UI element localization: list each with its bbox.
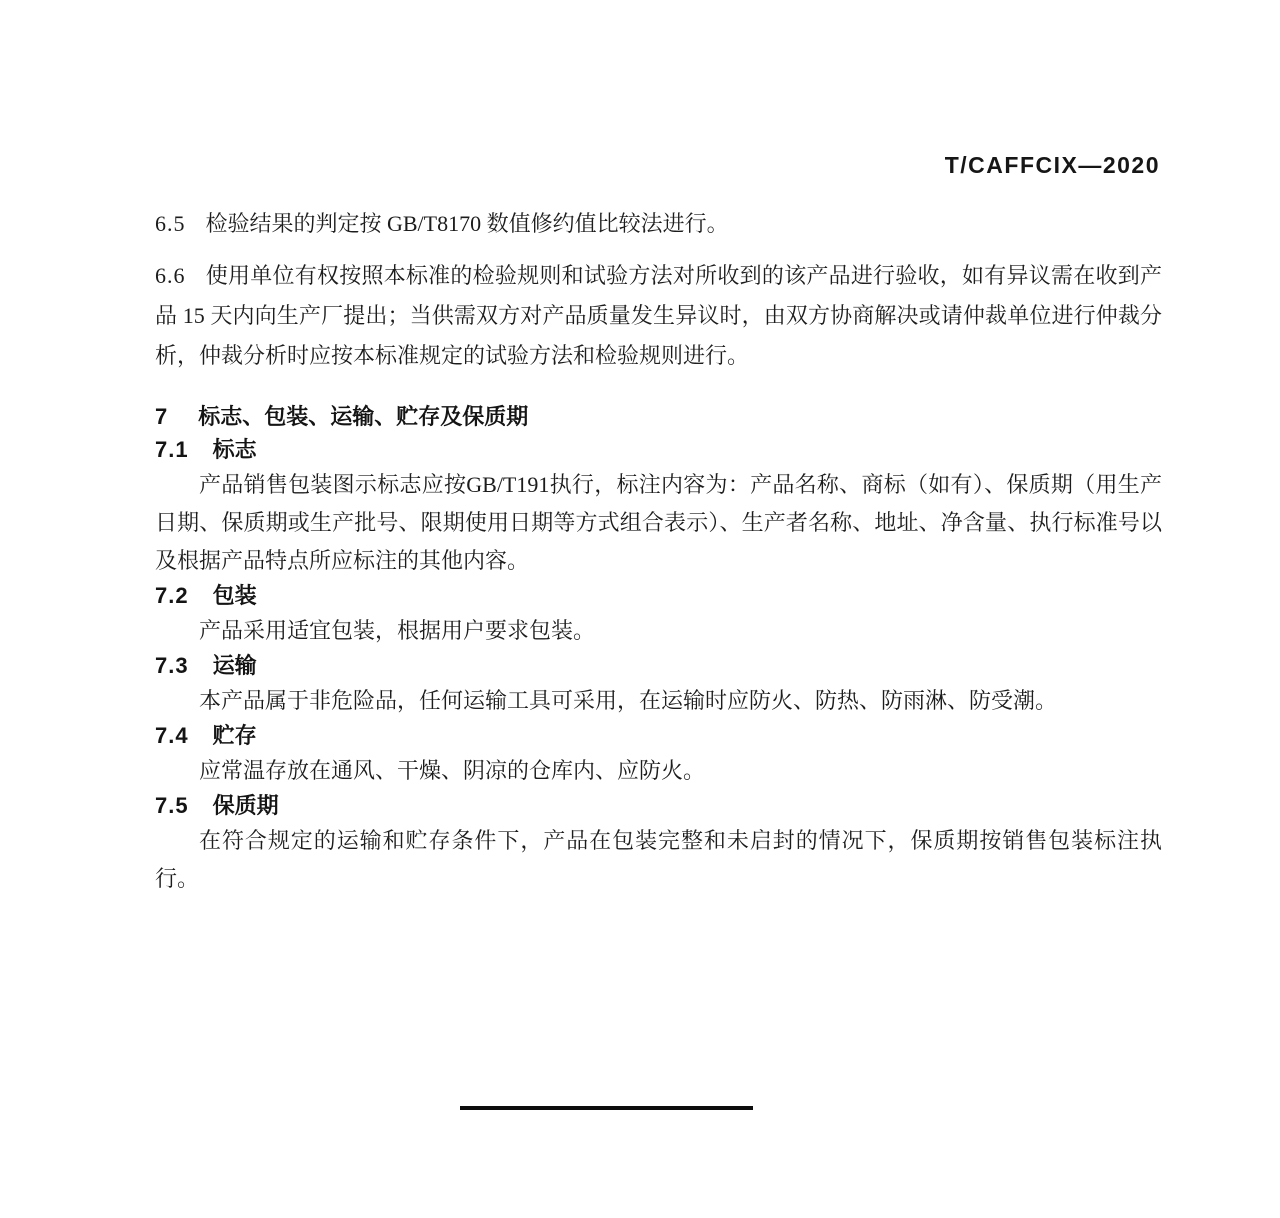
section-7-2-heading: 7.2包装	[155, 580, 1162, 612]
chapter-7-heading: 7标志、包装、运输、贮存及保质期	[155, 400, 1162, 434]
section-number: 7.1	[155, 437, 213, 462]
clause-6-6: 6.6使用单位有权按照本标准的检验规则和试验方法对所收到的该产品进行验收，如有异…	[155, 256, 1162, 376]
chapter-number: 7	[155, 404, 198, 429]
clause-number: 6.5	[155, 211, 206, 236]
section-7-2-paragraph: 产品采用适宜包装，根据用户要求包装。	[155, 612, 1162, 650]
clause-text: 检验结果的判定按 GB/T8170 数值修约值比较法进行。	[206, 211, 729, 236]
section-number: 7.5	[155, 793, 213, 818]
section-title: 贮存	[213, 723, 257, 748]
section-title: 运输	[213, 653, 257, 678]
clause-6-5: 6.5检验结果的判定按 GB/T8170 数值修约值比较法进行。	[155, 204, 1162, 244]
footer-divider	[460, 1106, 753, 1110]
section-number: 7.3	[155, 653, 213, 678]
clause-number: 6.6	[155, 263, 206, 288]
section-7-5-paragraph: 在符合规定的运输和贮存条件下，产品在包装完整和未启封的情况下，保质期按销售包装标…	[155, 822, 1162, 898]
section-7-5-heading: 7.5保质期	[155, 790, 1162, 822]
chapter-title: 标志、包装、运输、贮存及保质期	[198, 404, 528, 429]
standard-number: T/CAFFCIX—2020	[945, 152, 1160, 178]
section-7-1-paragraph: 产品销售包装图示标志应按GB/T191执行，标注内容为：产品名称、商标（如有）、…	[155, 466, 1162, 580]
section-7-1-heading: 7.1标志	[155, 434, 1162, 466]
section-title: 标志	[213, 437, 257, 462]
section-title: 包装	[213, 583, 257, 608]
section-number: 7.2	[155, 583, 213, 608]
section-7-3-heading: 7.3运输	[155, 650, 1162, 682]
clause-text: 使用单位有权按照本标准的检验规则和试验方法对所收到的该产品进行验收，如有异议需在…	[155, 263, 1162, 368]
section-7-4-heading: 7.4贮存	[155, 720, 1162, 752]
section-7-4-paragraph: 应常温存放在通风、干燥、阴凉的仓库内、应防火。	[155, 752, 1162, 790]
section-title: 保质期	[213, 793, 279, 818]
section-number: 7.4	[155, 723, 213, 748]
document-page: T/CAFFCIX—2020 6.5检验结果的判定按 GB/T8170 数值修约…	[0, 0, 1280, 1218]
section-7-3-paragraph: 本产品属于非危险品，任何运输工具可采用，在运输时应防火、防热、防雨淋、防受潮。	[155, 682, 1162, 720]
document-content: 6.5检验结果的判定按 GB/T8170 数值修约值比较法进行。 6.6使用单位…	[0, 204, 1280, 898]
page-header: T/CAFFCIX—2020	[0, 0, 1280, 180]
